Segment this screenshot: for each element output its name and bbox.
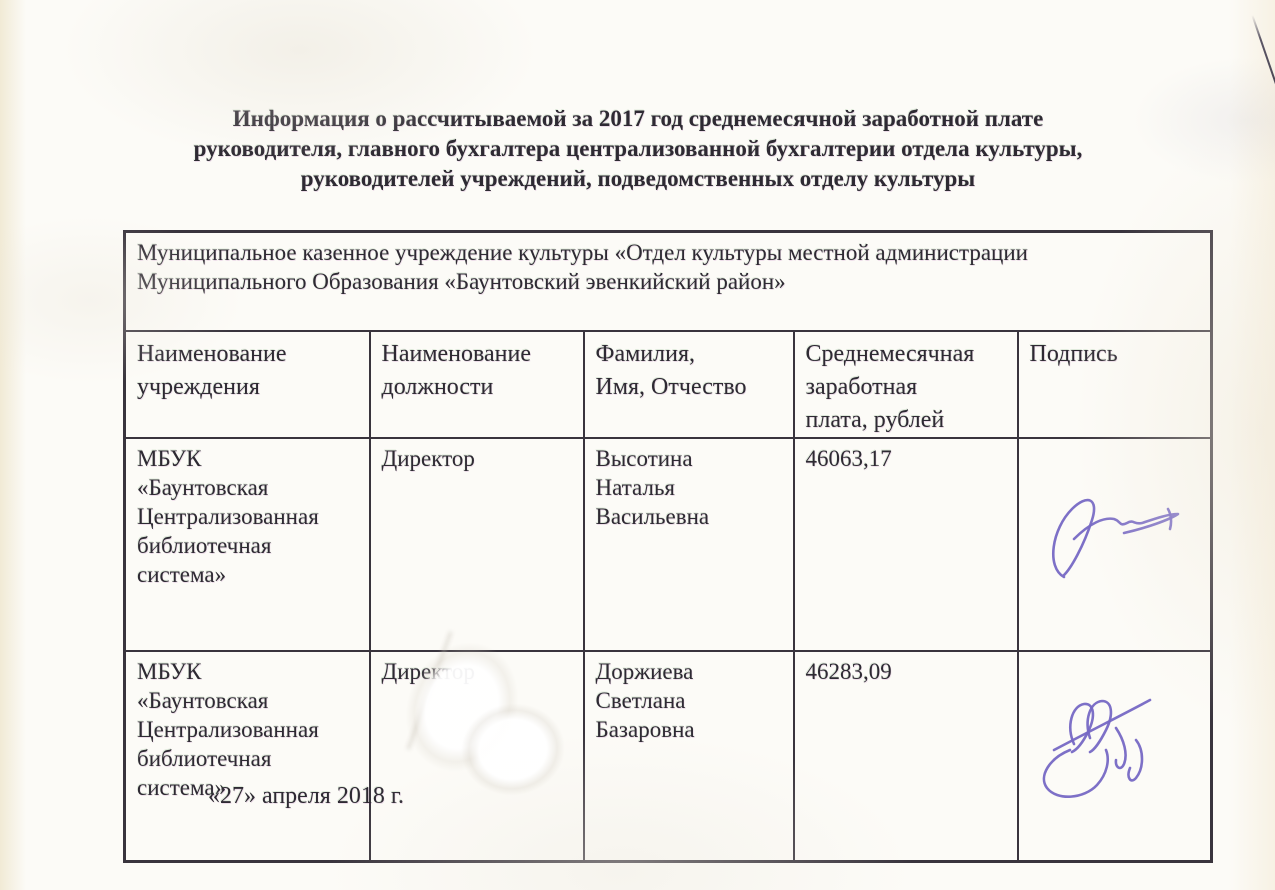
table-row: МБУК «Баунтовская Централизованная библи…	[125, 651, 1212, 862]
column-header-signature: Подпись	[1018, 331, 1212, 438]
table-row: МБУК «Баунтовская Централизованная библи…	[125, 438, 1212, 651]
scanned-document-page: Информация о рассчитываемой за 2017 год …	[0, 0, 1275, 890]
org-header-cell: Муниципальное казенное учреждение культу…	[125, 232, 1212, 332]
cell-institution: МБУК «Баунтовская Централизованная библи…	[125, 651, 370, 862]
date-line: «27» апреля 2018 г.	[208, 783, 404, 810]
cell-person-name: Высотина Наталья Васильевна	[584, 438, 794, 651]
cell-position: Директор	[370, 651, 584, 862]
cell-institution: МБУК «Баунтовская Централизованная библи…	[125, 438, 370, 651]
cell-salary: 46063,17	[794, 438, 1018, 651]
cell-position: Директор	[370, 438, 584, 651]
handwritten-signature-icon	[1030, 473, 1212, 621]
column-header-person-name: Фамилия, Имя, Отчество	[584, 331, 794, 438]
paper-edge-shade-left	[0, 0, 26, 890]
column-header-salary: Среднемесячная заработная плата, рублей	[794, 331, 1018, 438]
column-header-position: Наименование должности	[370, 331, 584, 438]
paper-edge-shade-right	[1229, 0, 1275, 890]
salary-table: Муниципальное казенное учреждение культу…	[123, 230, 1213, 863]
cell-signature	[1018, 438, 1212, 651]
document-title: Информация о рассчитываемой за 2017 год …	[158, 104, 1118, 194]
cell-signature	[1018, 651, 1212, 862]
org-header-row: Муниципальное казенное учреждение культу…	[125, 232, 1212, 332]
column-header-row: Наименование учреждения Наименование дол…	[125, 331, 1212, 438]
cell-person-name: Доржиева Светлана Базаровна	[584, 651, 794, 862]
handwritten-signature-icon	[1030, 686, 1212, 831]
page-corner-fold-line	[1251, 15, 1275, 95]
column-header-institution: Наименование учреждения	[125, 331, 370, 438]
cell-salary: 46283,09	[794, 651, 1018, 862]
